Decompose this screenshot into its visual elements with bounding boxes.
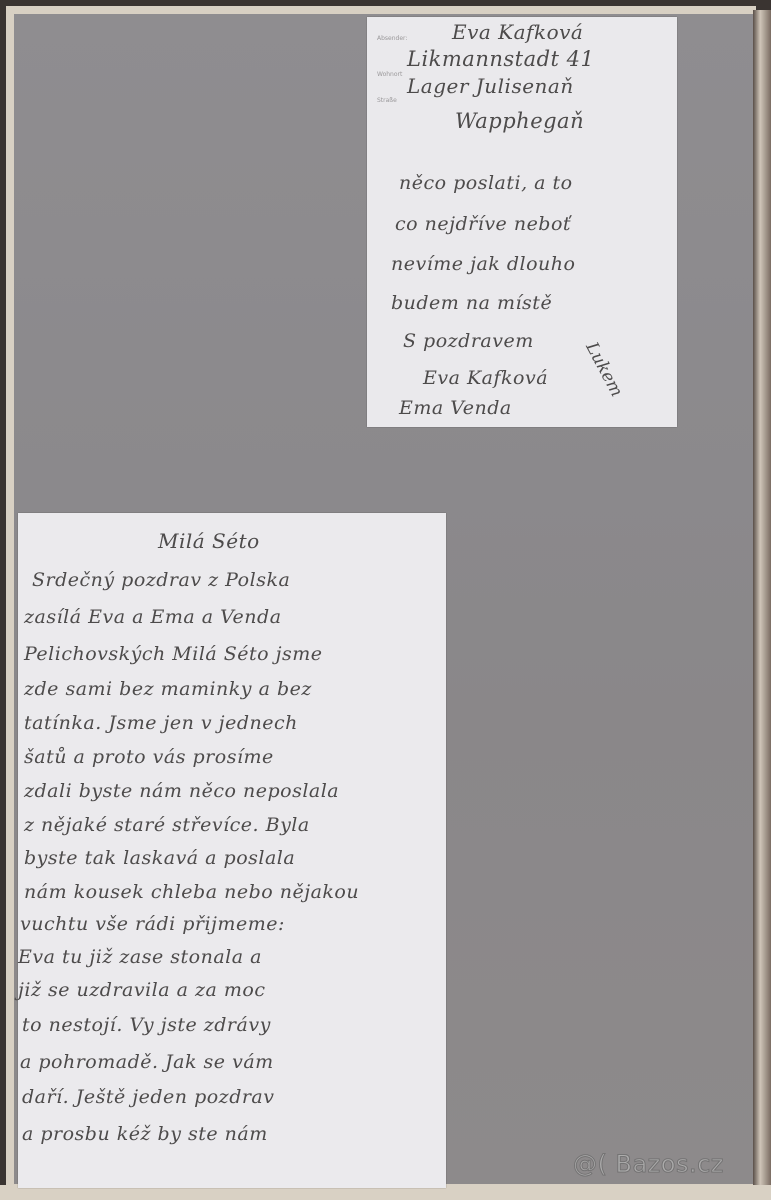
album-page: Absender: Wohnort Straße Eva Kafková Lik…: [0, 0, 771, 1200]
page-binding-edge: [753, 10, 771, 1200]
form-label: Straße: [377, 97, 397, 104]
text-line: budem na místě: [391, 292, 552, 314]
text-line: nám kousek chleba nebo nějakou: [24, 881, 359, 903]
sideways-note: Lukem: [581, 339, 626, 400]
closing: S pozdravem: [403, 330, 534, 352]
signature: Eva Kafková: [423, 367, 548, 389]
watermark: @( Bazos.cz: [573, 1150, 724, 1178]
text-line: Eva tu již zase stonala a: [18, 946, 262, 968]
letter-card-top: Absender: Wohnort Straße Eva Kafková Lik…: [367, 17, 677, 427]
text-line: šatů a proto vás prosíme: [24, 746, 274, 768]
text-line: tatínka. Jsme jen v jednech: [24, 712, 298, 734]
text-line: zde sami bez maminky a bez: [24, 678, 312, 700]
text-line: zasílá Eva a Ema a Venda: [24, 606, 282, 628]
text-line: něco poslati, a to: [399, 172, 573, 194]
text-line: zdali byste nám něco neposlala: [24, 780, 339, 802]
text-line: nevíme jak dlouho: [391, 253, 575, 275]
text-line: byste tak laskavá a poslala: [24, 847, 295, 869]
text-line: daří. Ještě jeden pozdrav: [22, 1086, 275, 1108]
text-line: vuchtu vše rádi přijmeme:: [20, 913, 285, 935]
text-line: již se uzdravila a za moc: [18, 979, 265, 1001]
sender-city: Likmannstadt 41: [407, 47, 594, 71]
text-line: z nějaké staré střevíce. Byla: [24, 814, 310, 836]
sender-district: Wapphegaň: [455, 109, 584, 133]
text-line: to nestojí. Vy jste zdrávy: [22, 1014, 271, 1036]
signature: Ema Venda: [399, 397, 512, 419]
sender-name: Eva Kafková: [452, 20, 583, 44]
text-line: Pelichovských Milá Séto jsme: [24, 643, 323, 665]
sender-camp: Lager Julisenaň: [407, 74, 574, 98]
text-line: a prosbu kéž by ste nám: [22, 1123, 268, 1145]
form-label: Absender:: [377, 35, 407, 42]
salutation: Milá Séto: [158, 529, 260, 553]
text-line: a pohromadě. Jak se vám: [20, 1051, 274, 1073]
text-line: co nejdříve neboť: [395, 213, 571, 235]
text-line: Srdečný pozdrav z Polska: [32, 569, 290, 591]
form-label: Wohnort: [377, 71, 402, 78]
letter-card-bottom: Milá Séto Srdečný pozdrav z Polska zasíl…: [18, 513, 446, 1188]
